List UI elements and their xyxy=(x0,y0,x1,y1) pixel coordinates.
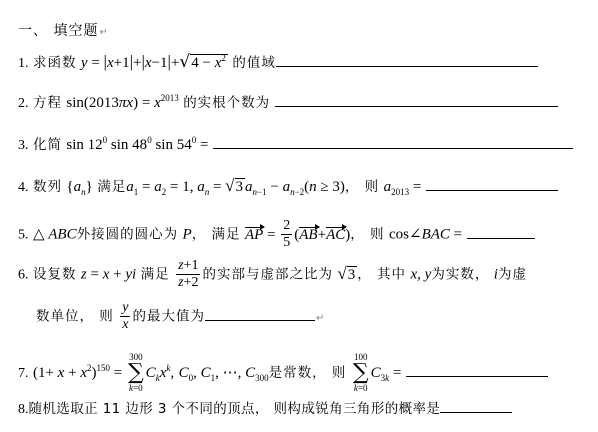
question-number: 3. xyxy=(18,138,29,153)
target-expression: C3k = xyxy=(371,365,402,381)
question-text: 设复数 xyxy=(33,267,77,283)
formula: y = |x+1|+|x−1|+√4 − x2 xyxy=(81,55,228,71)
question-text: 满足 xyxy=(141,267,170,283)
question-text: 数列 xyxy=(33,179,62,195)
constants: C0, C1, ⋯, C300 xyxy=(179,365,269,381)
triangle-label: △ ABC xyxy=(33,227,77,243)
question-text: ， 则 xyxy=(345,179,379,195)
fraction: yx xyxy=(120,300,130,333)
question-number: 5. xyxy=(18,228,29,243)
summation: 300∑k=0 xyxy=(128,352,144,394)
answer-blank[interactable] xyxy=(275,92,558,107)
question-number: 2. xyxy=(18,96,29,111)
answer-blank[interactable] xyxy=(467,224,535,239)
question-number: 8. xyxy=(18,402,29,417)
formula: a1 = a2 = 1, an = √3an−1 − an−2(n ≥ 3) xyxy=(126,179,345,195)
target-expression: a2013 = xyxy=(384,179,422,195)
answer-blank[interactable] xyxy=(440,398,512,413)
target-expression: cos∠BAC = xyxy=(389,227,462,243)
answer-blank[interactable] xyxy=(205,306,315,321)
sequence-formula: {an} xyxy=(66,179,92,195)
question-text: 外接圆的圆心为 xyxy=(77,227,179,243)
question-8: 8.随机选取正 11 边形 3 个不同的顶点， 则构成锐角三角形的概率是 xyxy=(18,398,512,419)
formula: sin(2013πx) = x2013 xyxy=(66,95,178,111)
formula: sin 120 sin 480 sin 540 = xyxy=(66,137,208,153)
fraction: z+1z+2 xyxy=(176,258,200,291)
answer-blank[interactable] xyxy=(213,134,573,149)
question-text: ， 满足 xyxy=(192,227,241,243)
formula: (1+ x + x2)150 = xyxy=(33,365,126,381)
paragraph-mark-icon: ↵ xyxy=(316,313,324,324)
question-7: 7. (1+ x + x2)150 = 300∑k=0Ckxk, C0, C1,… xyxy=(18,352,548,394)
question-text: 化简 xyxy=(33,137,62,153)
section-title: 一、 填空题 xyxy=(18,23,98,39)
question-number: 7. xyxy=(18,366,29,381)
answer-blank[interactable] xyxy=(406,362,548,377)
question-text: 的实根个数为 xyxy=(183,95,270,111)
vector-formula: AP = 25(AB+AC) xyxy=(245,227,350,243)
summation: 100∑k=0 xyxy=(353,352,369,394)
question-text: 为实数， xyxy=(431,267,489,283)
variables: x, y xyxy=(411,267,432,283)
paragraph-mark-icon: ↵ xyxy=(99,27,108,38)
question-text: ， 则 xyxy=(350,227,384,243)
question-text: 为虚 xyxy=(498,267,527,283)
question-5: 5. △ ABC外接圆的圆心为 P， 满足 AP = 25(AB+AC)， 则 … xyxy=(18,218,535,251)
ratio-value: √3 xyxy=(337,265,357,284)
question-text: 方程 xyxy=(33,95,62,111)
formula: z = x + yi xyxy=(81,267,136,283)
question-3: 3. 化简 sin 120 sin 480 sin 540 = xyxy=(18,134,573,155)
question-2: 2. 方程 sin(2013πx) = x2013 的实根个数为 xyxy=(18,92,558,113)
question-number: 6. xyxy=(18,268,29,283)
question-text: 满足 xyxy=(97,179,126,195)
question-6: 6. 设复数 z = x + yi 满足 z+1z+2的实部与虚部之比为 √3，… xyxy=(18,258,527,291)
question-text: 求函数 xyxy=(33,55,77,71)
question-text: 是常数， 则 xyxy=(269,365,347,381)
question-4: 4. 数列 {an} 满足a1 = a2 = 1, an = √3an−1 − … xyxy=(18,176,558,197)
question-number: 1. xyxy=(18,56,29,71)
question-text: 数单位， 则 xyxy=(36,309,114,325)
question-text: ， 其中 xyxy=(357,267,406,283)
question-1: 1. 求函数 y = |x+1|+|x−1|+√4 − x2 的值域 xyxy=(18,52,538,73)
question-text: 的实部与虚部之比为 xyxy=(202,267,333,283)
answer-blank[interactable] xyxy=(276,52,538,67)
question-text: 随机选取正 11 边形 3 个不同的顶点， 则构成锐角三角形的概率是 xyxy=(29,401,441,417)
question-text: 的最大值为 xyxy=(132,309,205,325)
question-6-continued: 数单位， 则 yx的最大值为↵ xyxy=(36,300,324,333)
section-heading: 一、 填空题↵ xyxy=(18,22,109,42)
question-number: 4. xyxy=(18,180,29,195)
point-label: P xyxy=(183,227,192,243)
answer-blank[interactable] xyxy=(426,176,558,191)
question-text: 的值域 xyxy=(232,55,276,71)
